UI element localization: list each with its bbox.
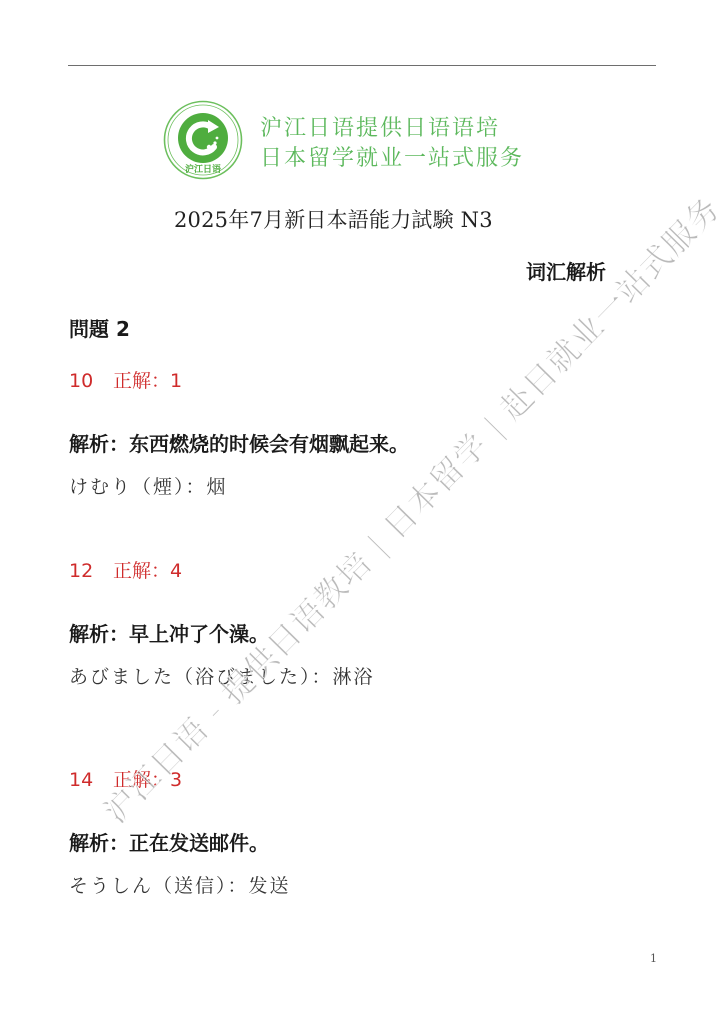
watermark: 沪江日语 - 提供日语教培 | 日本留学 | 赴日就业一站式服务 (92, 229, 686, 832)
vocab-note: あびました（浴びました）：淋浴 (69, 663, 649, 691)
question-item: 14正解：3 解析：正在发送邮件。 そうしん（送信）：发送 (69, 766, 649, 900)
explanation: 解析：正在发送邮件。 (69, 828, 649, 858)
question-number: 10 (69, 367, 113, 395)
answer-line: 12正解：4 (69, 557, 649, 585)
brand-tagline: 沪江日语提供日语语培 日本留学就业一站式服务 (260, 114, 524, 174)
answer-line: 10正解：1 (69, 367, 649, 395)
header-divider (68, 65, 656, 66)
page-number: 1 (650, 952, 657, 965)
problem-heading: 問題 2 (69, 313, 130, 342)
question-item: 12正解：4 解析：早上冲了个澡。 あびました（浴びました）：淋浴 (69, 557, 649, 691)
vocab-note: そうしん（送信）：发送 (69, 872, 649, 900)
answer-line: 14正解：3 (69, 766, 649, 794)
question-number: 14 (69, 766, 113, 794)
explanation: 解析：早上冲了个澡。 (69, 619, 649, 649)
correct-answer: 正解：3 (113, 769, 182, 791)
section-label: 词汇解析 (526, 256, 606, 285)
question-number: 12 (69, 557, 113, 585)
brand-tagline-line1: 沪江日语提供日语语培 (260, 114, 524, 144)
brand-logo-block: 沪江日语 沪江日语提供日语语培 日本留学就业一站式服务 (163, 100, 533, 190)
question-item: 10正解：1 解析：东西燃烧的时候会有烟飘起来。 けむり（煙）：烟 (69, 367, 649, 501)
svg-text:沪江日语: 沪江日语 (185, 163, 221, 175)
explanation: 解析：东西燃烧的时候会有烟飘起来。 (69, 429, 649, 459)
brand-tagline-line2: 日本留学就业一站式服务 (260, 144, 524, 174)
hujiang-logo-badge-icon: 沪江日语 (163, 100, 243, 180)
document-page: 沪江日语 沪江日语提供日语语培 日本留学就业一站式服务 2025年7月新日本語能… (0, 0, 724, 1024)
vocab-note: けむり（煙）：烟 (69, 473, 649, 501)
document-title: 2025年7月新日本語能力試験 N3 (174, 204, 493, 234)
correct-answer: 正解：4 (113, 560, 182, 582)
correct-answer: 正解：1 (113, 370, 182, 392)
